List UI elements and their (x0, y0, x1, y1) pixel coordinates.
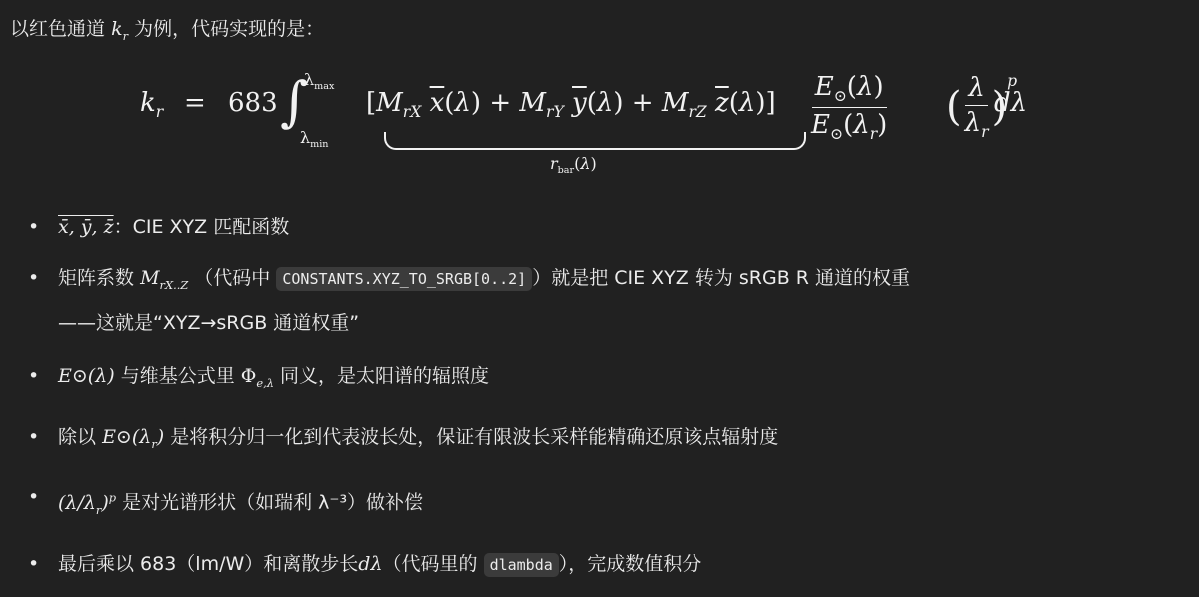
item-text: 除以 (58, 426, 96, 448)
list-item: 除以 E⊙(λr) 是将积分归一化到代表波长处，保证有限波长采样能精确还原该点辐… (58, 415, 1188, 466)
cmf-bracket: [MrX x(λ) + MrY y(λ) + MrZ z(λ)] (366, 88, 776, 121)
code-constant: CONSTANTS.XYZ_TO_SRGB[0..2] (276, 267, 532, 291)
item-text: 是对光谱形状（如瑞利 λ⁻³）做补偿 (122, 492, 423, 514)
item-text: ：CIE XYZ 匹配函数 (114, 216, 290, 238)
eq-equals: = (184, 88, 206, 118)
item-text: 与维基公式里 (121, 365, 235, 387)
explanation-list: x̄, ȳ, z̄：CIE XYZ 匹配函数 矩阵系数 MrX..Z （代码中 … (0, 205, 1188, 577)
eq-lhs: kr (140, 88, 163, 121)
item-text: （代码里的 (383, 553, 478, 575)
item-text: 矩阵系数 (58, 267, 134, 289)
dlambda-symbol: dλ (358, 553, 382, 575)
list-item: x̄, ȳ, z̄：CIE XYZ 匹配函数 (58, 205, 1188, 249)
code-dlambda: dlambda (484, 553, 559, 577)
phi-symbol: Φe,λ (241, 365, 274, 387)
intro-line: 以红色通道 kr 为例，代码实现的是： (10, 14, 324, 51)
underbrace (384, 132, 806, 150)
solar-fraction: E⊙(λ)E⊙(λr) (808, 72, 890, 143)
cmf-symbols: x̄, ȳ, z̄ (58, 216, 114, 238)
list-item: 最后乘以 683（lm/W）和离散步长dλ（代码里的 dlambda），完成数值… (58, 542, 1188, 577)
intro-var: kr (111, 18, 128, 40)
eq-coefficient: 683 (228, 88, 278, 118)
item-text: ）就是把 CIE XYZ 转为 sRGB R 通道的权重 (532, 267, 910, 289)
item-text: 同义，是太阳谱的辐照度 (280, 365, 489, 387)
intro-prefix: 以红色通道 (10, 18, 105, 40)
list-item: E⊙(λ) 与维基公式里 Φe,λ 同义，是太阳谱的辐照度 (58, 354, 1188, 405)
solar-ref-symbol: E⊙(λr) (102, 426, 164, 448)
item-text: 是将积分归一化到代表波长处，保证有限波长采样能精确还原该点辐射度 (170, 426, 778, 448)
intro-suffix: 为例，代码实现的是： (134, 18, 324, 40)
brace-label: rbar(λ) (550, 154, 597, 176)
integral-upper: λmax (304, 70, 334, 92)
matrix-symbol: MrX..Z (140, 267, 188, 289)
equation-block: kr = 683 ∫ λmax λmin [MrX x(λ) + MrY y(λ… (140, 66, 1040, 182)
item-text: ——这就是“XYZ→sRGB 通道权重” (58, 312, 359, 334)
item-text: 最后乘以 683（lm/W）和离散步长 (58, 553, 358, 575)
eq-differential: dλ (994, 88, 1027, 118)
solar-symbol: E⊙(λ) (58, 365, 115, 387)
list-item: 矩阵系数 MrX..Z （代码中 CONSTANTS.XYZ_TO_SRGB[0… (58, 259, 1188, 342)
integral-lower: λmin (300, 128, 329, 150)
ratio-symbol: (λ/λr)p (58, 492, 116, 514)
list-item: (λ/λr)p 是对光谱形状（如瑞利 λ⁻³）做补偿 (58, 475, 1188, 531)
item-text: ），完成数值积分 (559, 553, 702, 575)
item-text: （代码中 (194, 267, 270, 289)
